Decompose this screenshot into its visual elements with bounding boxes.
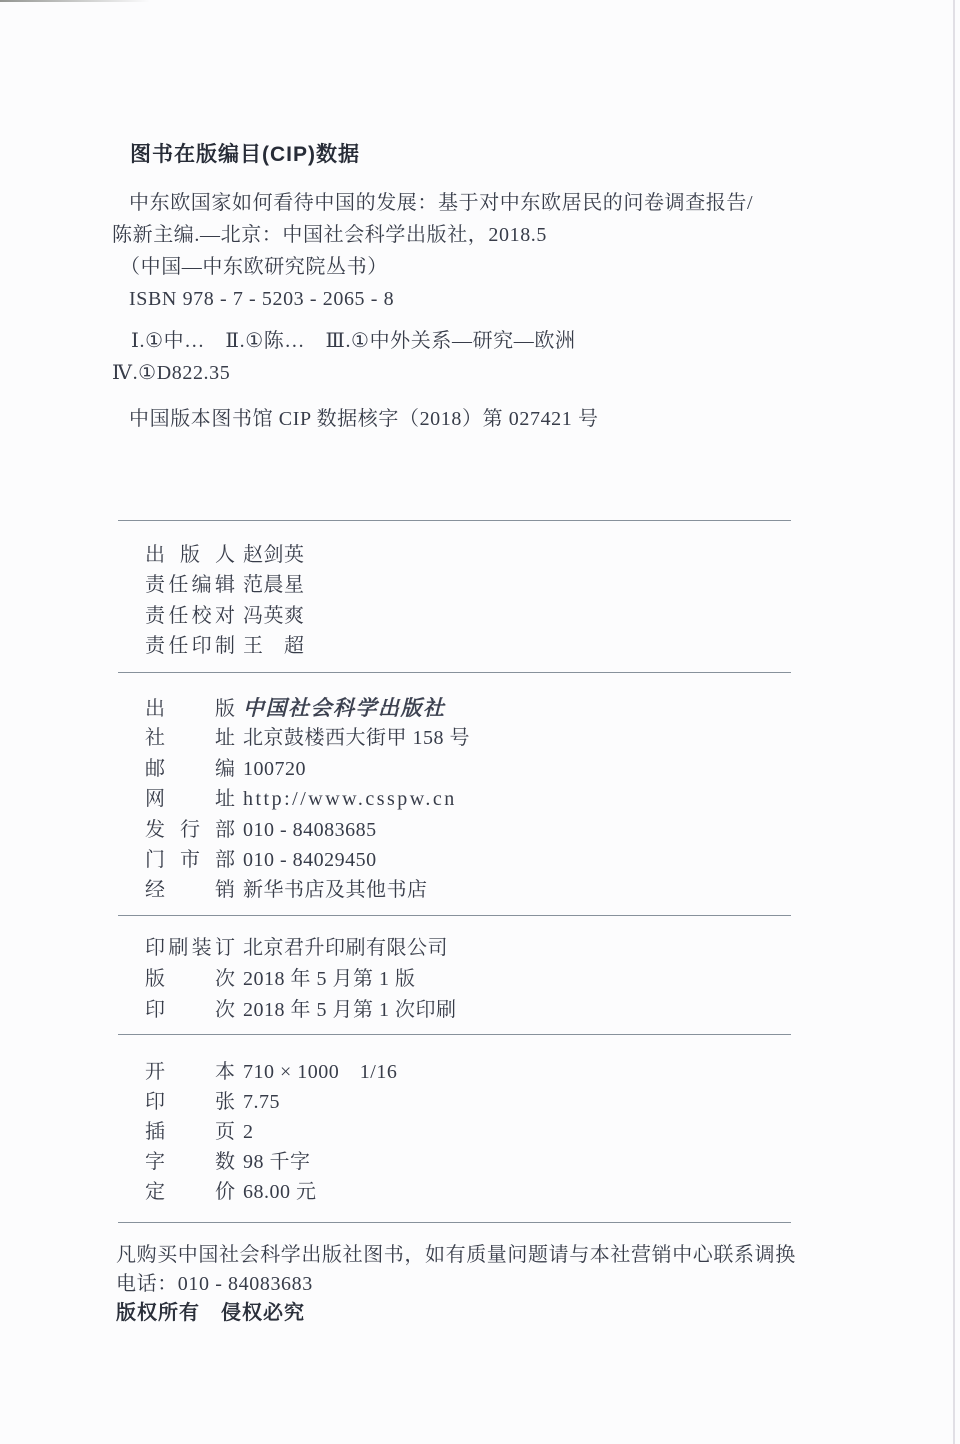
staff-block: 出版人赵剑英 责任编辑范晨星 责任校对冯英爽 责任印制王 超	[145, 540, 305, 662]
row-value: 北京鼓楼西大街甲 158 号	[243, 723, 470, 753]
printing-row-printer: 印刷装订北京君升印刷有限公司	[145, 933, 457, 964]
format-block: 开本710 × 1000 1/16 印张7.75 插页2 字数98 千字 定价6…	[145, 1057, 397, 1207]
staff-row-publisher-person: 出版人赵剑英	[145, 540, 305, 570]
publisher-row-address: 社址北京鼓楼西大街甲 158 号	[145, 723, 470, 753]
row-label: 印次	[145, 995, 235, 1026]
format-row-size: 开本710 × 1000 1/16	[145, 1057, 397, 1087]
cip-entry-title-line: 中东欧国家如何看待中国的发展：基于对中东欧居民的问卷调查报告/	[129, 191, 753, 216]
publisher-row-distribution-dept: 发行部010 - 84083685	[145, 815, 470, 845]
classification-line-1: Ⅰ.①中… Ⅱ.①陈… Ⅲ.①中外关系—研究—欧洲	[131, 329, 576, 354]
divider-line-2	[118, 672, 791, 673]
row-label: 邮编	[145, 754, 235, 784]
publisher-row-website: 网址http://www.csspw.cn	[145, 784, 470, 814]
isbn-line: ISBN 978 - 7 - 5203 - 2065 - 8	[129, 287, 394, 312]
row-label: 定价	[145, 1177, 235, 1207]
row-label: 版次	[145, 964, 235, 995]
row-label: 责任编辑	[145, 570, 235, 600]
divider-line-5	[118, 1222, 791, 1223]
row-label: 门市部	[145, 845, 235, 875]
cip-entry-publisher-line: 陈新主编.—北京：中国社会科学出版社，2018.5	[112, 223, 547, 248]
format-row-inserts: 插页2	[145, 1117, 397, 1147]
scan-artifact-top-edge	[0, 0, 150, 2]
publisher-row-postcode: 邮编100720	[145, 754, 470, 784]
website-url-text: http://www.csspw.cn	[243, 784, 457, 814]
row-value: 68.00 元	[243, 1177, 317, 1207]
row-value: 010 - 84029450	[243, 845, 377, 875]
classification-line-2: Ⅳ.①D822.35	[112, 361, 230, 386]
row-value: 100720	[243, 754, 306, 784]
row-label: 网址	[145, 784, 235, 814]
row-value: 710 × 1000 1/16	[243, 1057, 397, 1087]
quality-notice: 凡购买中国社会科学出版社图书，如有质量问题请与本社营销中心联系调换	[116, 1243, 796, 1268]
colophon-page: 图书在版编目(CIP)数据 中东欧国家如何看待中国的发展：基于对中东欧居民的问卷…	[0, 0, 960, 1444]
row-value: 冯英爽	[243, 601, 305, 631]
row-label: 开本	[145, 1057, 235, 1087]
row-value: 010 - 84083685	[243, 815, 377, 845]
staff-row-proofreader: 责任校对冯英爽	[145, 601, 305, 631]
row-value: 2	[243, 1117, 254, 1147]
cip-header: 图书在版编目(CIP)数据	[130, 142, 360, 168]
printing-block: 印刷装订北京君升印刷有限公司 版次2018 年 5 月第 1 版 印次2018 …	[145, 933, 457, 1026]
press-signature-text: 中国社会科学出版社	[243, 693, 446, 723]
row-label: 社址	[145, 723, 235, 753]
series-note: （中国—中东欧研究院丛书）	[120, 255, 388, 280]
row-value: 北京君升印刷有限公司	[243, 933, 448, 964]
row-label: 经销	[145, 875, 235, 905]
row-value: 赵剑英	[243, 540, 305, 570]
printing-row-edition: 版次2018 年 5 月第 1 版	[145, 964, 457, 995]
format-row-sheets: 印张7.75	[145, 1087, 397, 1117]
divider-line-3	[118, 915, 791, 916]
staff-row-print-supervisor: 责任印制王 超	[145, 631, 305, 661]
row-label: 责任校对	[145, 601, 235, 631]
divider-line-4	[118, 1034, 791, 1035]
row-label: 印张	[145, 1087, 235, 1117]
divider-line-1	[118, 520, 791, 521]
format-row-word-count: 字数98 千字	[145, 1147, 397, 1177]
row-value: 2018 年 5 月第 1 次印刷	[243, 995, 457, 1026]
scan-artifact-right-edge	[953, 0, 955, 1444]
publisher-row-seller: 经销新华书店及其他书店	[145, 875, 470, 905]
publisher-block: 出版中国社会科学出版社 社址北京鼓楼西大街甲 158 号 邮编100720 网址…	[145, 693, 470, 906]
publisher-row-press: 出版中国社会科学出版社	[145, 693, 470, 723]
row-value: 范晨星	[243, 570, 305, 600]
row-label: 出版	[145, 694, 235, 724]
row-label: 责任印制	[145, 631, 235, 661]
row-value: 7.75	[243, 1087, 280, 1117]
row-label: 出版人	[145, 540, 235, 570]
publisher-row-retail-dept: 门市部010 - 84029450	[145, 845, 470, 875]
copyright-statement: 版权所有 侵权必究	[116, 1301, 305, 1326]
staff-row-editor: 责任编辑范晨星	[145, 570, 305, 600]
row-label: 字数	[145, 1147, 235, 1177]
printing-row-impression: 印次2018 年 5 月第 1 次印刷	[145, 995, 457, 1026]
cip-record-number: 中国版本图书馆 CIP 数据核字（2018）第 027421 号	[129, 407, 599, 432]
row-value: 2018 年 5 月第 1 版	[243, 964, 416, 995]
contact-phone: 电话：010 - 84083683	[116, 1272, 313, 1297]
row-value: 王 超	[243, 631, 305, 661]
format-row-price: 定价68.00 元	[145, 1177, 397, 1207]
row-label: 发行部	[145, 815, 235, 845]
row-label: 印刷装订	[145, 933, 235, 964]
row-label: 插页	[145, 1117, 235, 1147]
row-value: 新华书店及其他书店	[243, 875, 428, 905]
row-value: 98 千字	[243, 1147, 311, 1177]
